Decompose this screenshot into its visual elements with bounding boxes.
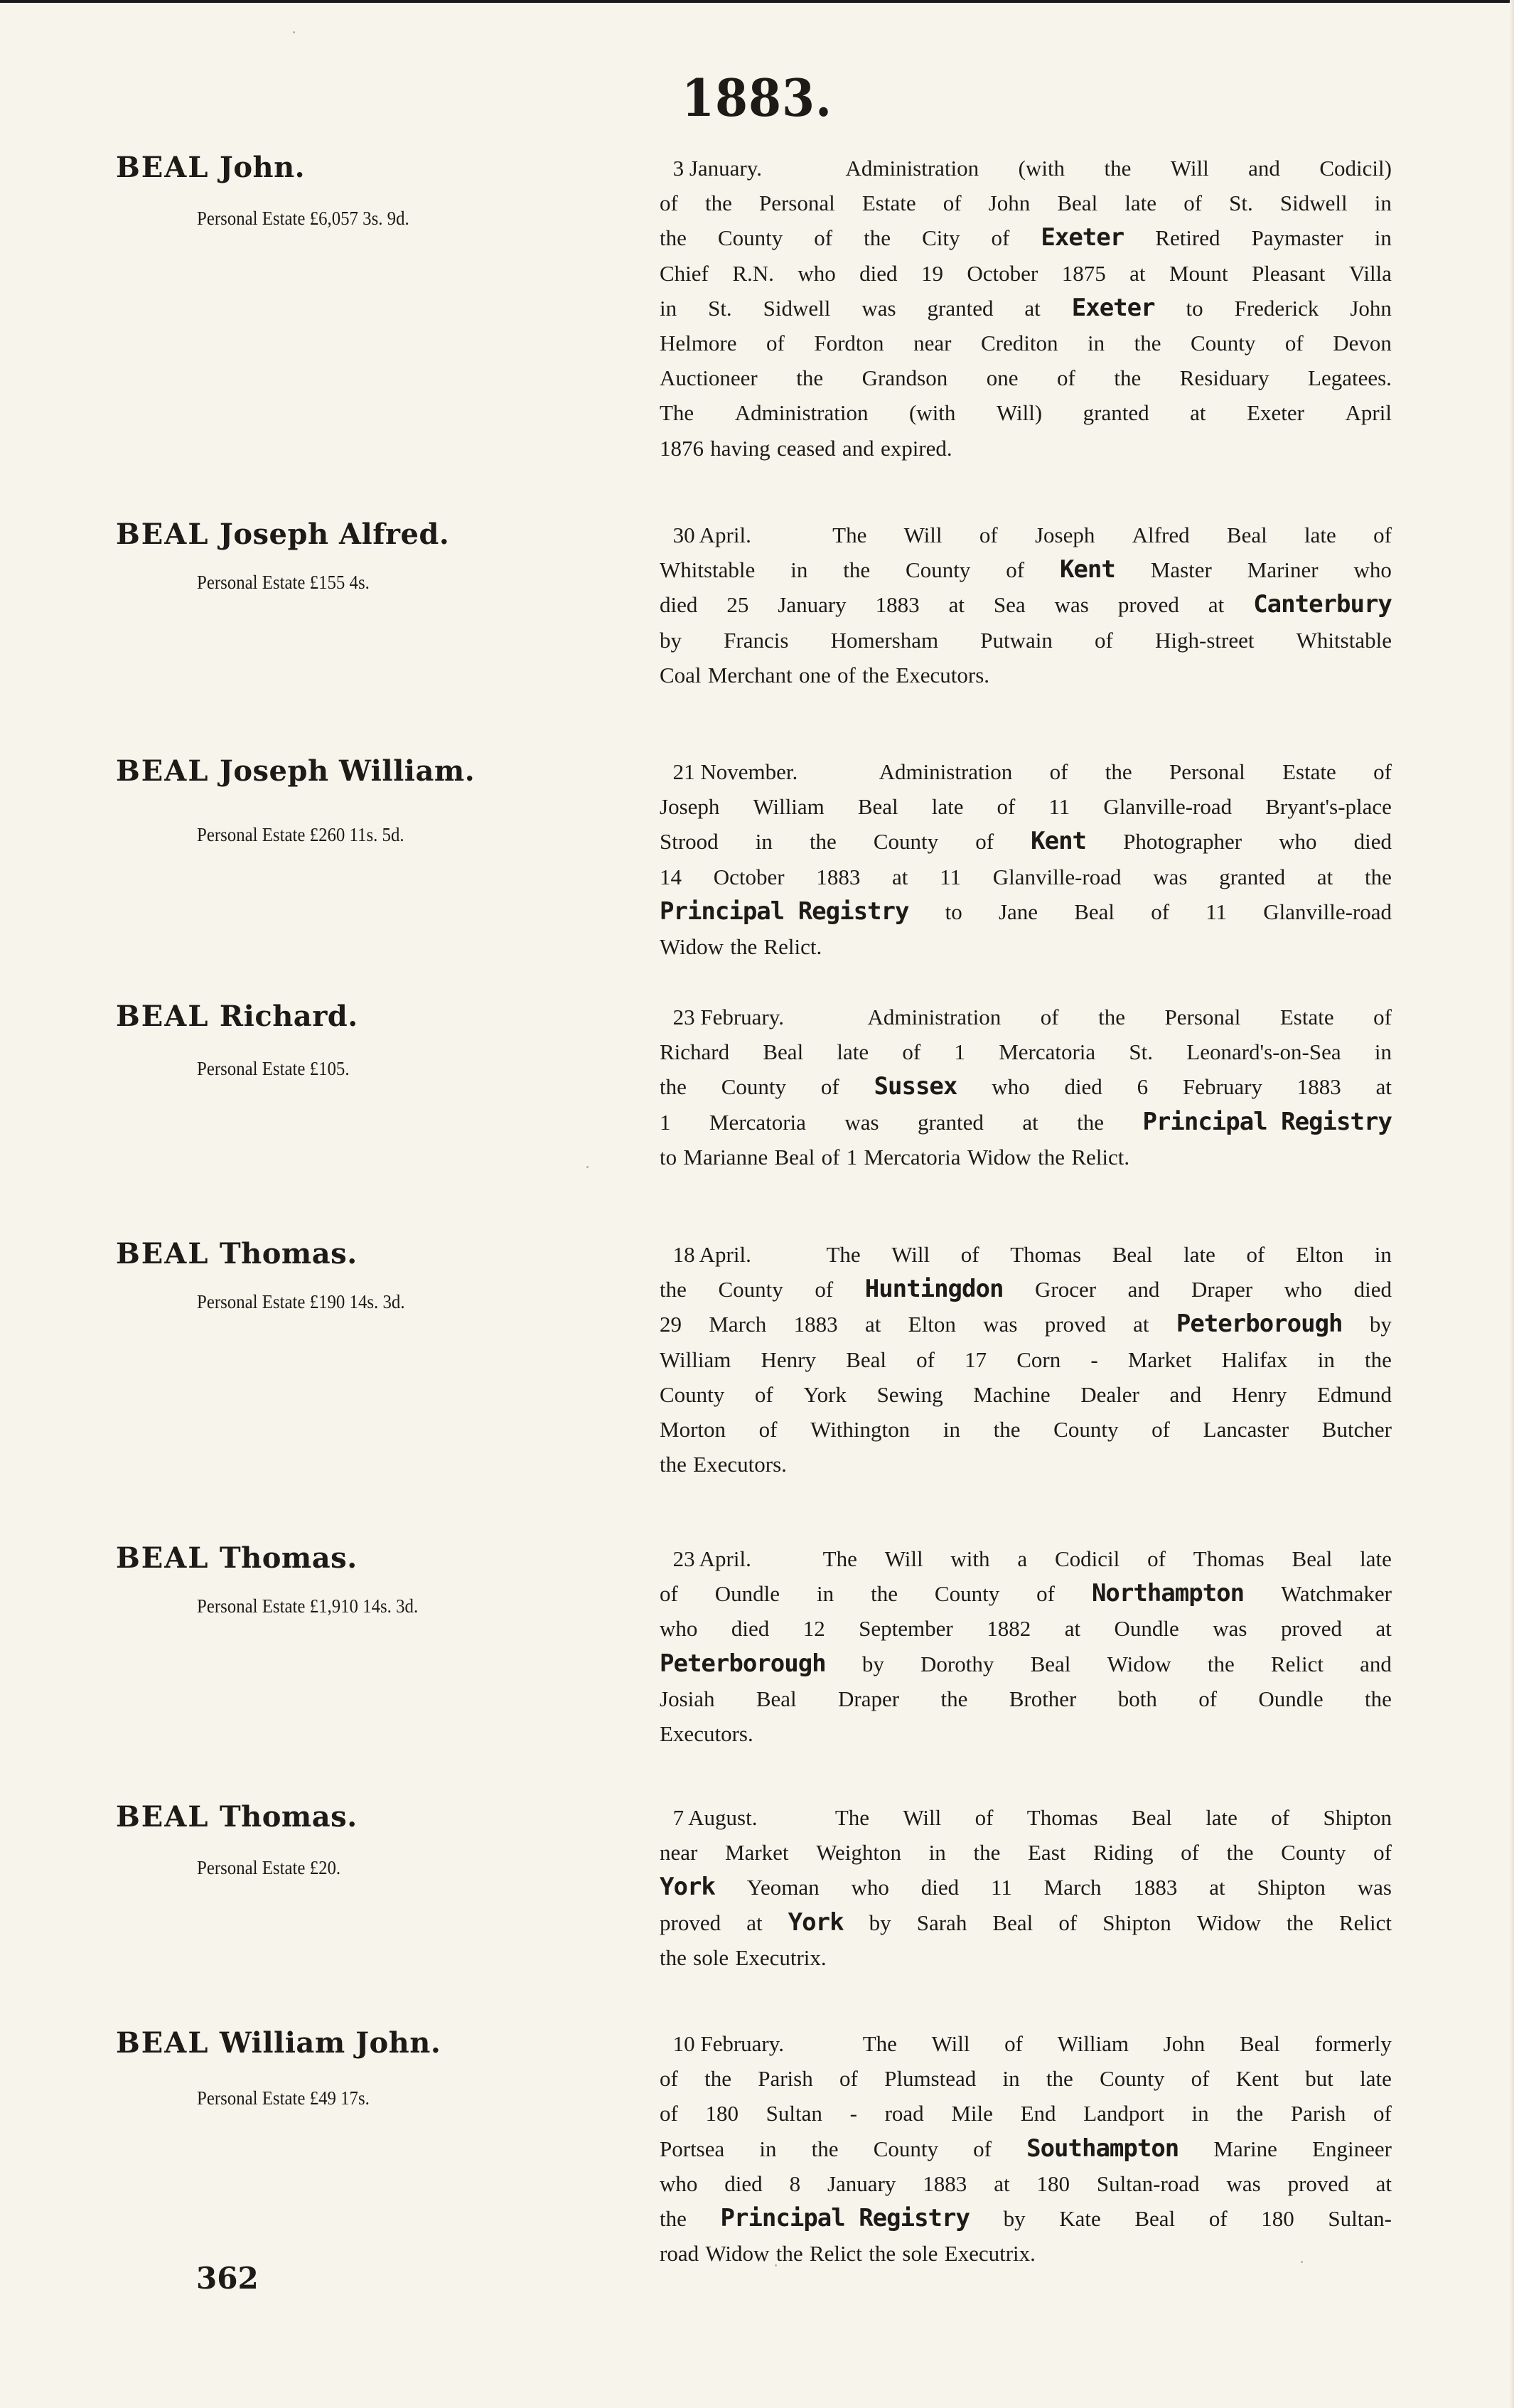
word: Chief	[660, 256, 709, 291]
grant-text-line: ofthePersonalEstateofJohnBeallateofSt.Si…	[660, 186, 1392, 220]
grant-text-line: TheAdministration(withWill)grantedatExet…	[660, 395, 1392, 430]
word: in	[759, 2131, 776, 2166]
word: was	[1213, 1611, 1247, 1646]
word: Beal	[1134, 2201, 1175, 2236]
grant-text: 30 April.TheWillofJosephAlfredBeallateof…	[660, 518, 1392, 692]
word: Residuary	[1180, 360, 1269, 395]
word: Kent	[1236, 2061, 1279, 2096]
word: of	[1036, 1576, 1055, 1611]
word: William	[660, 1342, 731, 1377]
word: Master	[1151, 552, 1212, 587]
deceased-name: BEAL Thomas.	[116, 1800, 358, 1834]
grant-text: 7 August.TheWillofThomasBeallateofShipto…	[660, 1800, 1392, 1975]
word: (with	[1019, 151, 1065, 186]
place-name: Huntingdon	[865, 1272, 1004, 1307]
word: County	[935, 1576, 999, 1611]
word: 1882	[987, 1611, 1031, 1646]
word: High-street	[1155, 623, 1254, 658]
grant-text-line: thePrincipal RegistrybyKateBealof180Sult…	[660, 2201, 1392, 2236]
word: the	[1287, 1905, 1314, 1940]
word: in	[1088, 326, 1105, 360]
word: granted	[1219, 860, 1285, 894]
word: the	[1227, 1835, 1254, 1870]
word: late	[1183, 1237, 1215, 1272]
word: having	[710, 431, 770, 466]
word: the	[994, 1412, 1021, 1447]
word: Parish	[1291, 2096, 1346, 2131]
grant-date: 3 January.	[660, 151, 762, 186]
word: Shipton	[1257, 1870, 1325, 1905]
word: City	[922, 220, 960, 255]
word: County	[1281, 1835, 1346, 1870]
word: of	[1191, 2061, 1210, 2096]
word: at	[994, 2166, 1009, 2201]
word: Beal	[1112, 1237, 1153, 1272]
word: the	[871, 1576, 898, 1611]
word: at	[1129, 256, 1145, 291]
word: proved	[660, 1905, 721, 1940]
word: late	[1206, 1800, 1237, 1835]
word: Relict.	[1071, 1140, 1129, 1174]
word: The	[826, 1237, 860, 1272]
word: The	[823, 1541, 857, 1576]
word: Beal	[992, 1905, 1033, 1940]
word: Mercatoria	[999, 1034, 1095, 1069]
word: the	[776, 2236, 803, 2271]
word: to	[660, 1140, 677, 1174]
word: the	[660, 1069, 687, 1104]
forenames: Thomas.	[220, 1800, 358, 1834]
grant-date: 30 April.	[660, 518, 751, 552]
word: the	[660, 1940, 687, 1975]
word: Corn	[1016, 1342, 1061, 1377]
word: October	[714, 860, 785, 894]
word: Devon	[1333, 326, 1392, 360]
word: the	[660, 1447, 687, 1482]
place-name: Exeter	[1072, 291, 1155, 326]
word: 1	[847, 1140, 858, 1174]
word: Oundle	[715, 1576, 780, 1611]
word: of	[660, 1576, 678, 1611]
word: the	[1236, 2096, 1263, 2131]
word: died	[921, 1870, 959, 1905]
word: Mount	[1169, 256, 1228, 291]
word: the	[1098, 1000, 1125, 1034]
place-name: Sussex	[874, 1069, 957, 1104]
word: died	[660, 587, 697, 622]
word: expired.	[881, 431, 952, 466]
word: Helmore	[660, 326, 736, 360]
grant-text-line: roadWidowtheRelictthesoleExecutrix.	[660, 2236, 1392, 2271]
place-name: Principal Registry	[721, 2201, 970, 2236]
word: who	[852, 1870, 889, 1905]
deceased-name: BEAL Richard.	[116, 1000, 358, 1033]
word: Executors.	[660, 1716, 753, 1751]
word: died	[724, 2166, 762, 2201]
word: 8	[790, 2166, 801, 2201]
word: in	[660, 291, 677, 326]
word: died	[859, 256, 897, 291]
grant-text: 18 April.TheWillofThomasBeallateofEltoni…	[660, 1237, 1392, 1482]
word: Joseph	[660, 789, 719, 824]
surname: BEAL	[116, 1237, 209, 1270]
word: January	[827, 2166, 896, 2201]
word: Villa	[1349, 256, 1392, 291]
grant-text-line: 30 April.TheWillofJosephAlfredBeallateof	[660, 518, 1392, 552]
word: Pleasant	[1252, 256, 1325, 291]
word: Relict	[810, 2236, 862, 2271]
grant-text-line: 3 January.Administration(withtheWillandC…	[660, 151, 1392, 186]
word: to	[1186, 291, 1203, 326]
word: Yeoman	[747, 1870, 820, 1905]
word: 1883	[923, 2166, 967, 2201]
word: Francis	[724, 623, 788, 658]
page-number: 362	[196, 2261, 259, 2296]
word: Estate	[1280, 1000, 1334, 1034]
word: late	[1360, 2061, 1392, 2096]
word: the	[1365, 1342, 1392, 1377]
word: of	[1151, 894, 1169, 929]
grant-text: 3 January.Administration(withtheWillandC…	[660, 151, 1392, 466]
place-name: Northampton	[1092, 1576, 1244, 1611]
scan-top-border	[0, 0, 1514, 3]
word: Administration	[879, 754, 1013, 789]
word: Estate	[1282, 754, 1336, 789]
paper-speck	[1301, 2261, 1303, 2263]
word: who	[1279, 824, 1316, 859]
surname: BEAL	[116, 1541, 209, 1575]
word: October	[967, 256, 1038, 291]
word: the	[1114, 360, 1141, 395]
word: granted	[918, 1105, 984, 1140]
word: Frederick	[1235, 291, 1319, 326]
grant-text-line: 10 February.TheWillofWilliamJohnBealform…	[660, 2026, 1392, 2061]
word: Beal	[1132, 1800, 1172, 1835]
word: the	[869, 2236, 896, 2271]
word: and	[842, 431, 874, 466]
word: 1883	[816, 860, 860, 894]
word: Merchant	[708, 658, 793, 692]
word: East	[1028, 1835, 1065, 1870]
personal-estate-value: Personal Estate £20.	[197, 1857, 340, 1879]
grant-text-line: whodied12September1882atOundlewasproveda…	[660, 1611, 1392, 1646]
grant-text-line: inSt.SidwellwasgrantedatExetertoFrederic…	[660, 291, 1392, 326]
word: at	[1209, 1870, 1225, 1905]
word: 1883	[794, 1307, 838, 1342]
word: County	[1053, 1412, 1118, 1447]
word: John	[989, 186, 1031, 220]
word: Beal	[1031, 1647, 1071, 1681]
word: Thomas	[1010, 1237, 1081, 1272]
word: the	[660, 2201, 687, 2236]
word: and	[1360, 1647, 1392, 1681]
word: by	[1004, 2201, 1026, 2236]
word: Widow	[967, 1140, 1031, 1174]
word: Photographer	[1123, 824, 1242, 859]
word: the	[973, 1835, 1000, 1870]
grant-text-line: toMarianneBealof1MercatoriaWidowtheRelic…	[660, 1140, 1392, 1174]
word: of	[1183, 186, 1202, 220]
word: Dealer	[1080, 1377, 1139, 1412]
word: at	[949, 587, 965, 622]
grant-text-line: WhitstableintheCountyofKentMasterMariner…	[660, 552, 1392, 587]
grant-date: 10 February.	[660, 2026, 784, 2061]
personal-estate-value: Personal Estate £1,910 14s. 3d.	[197, 1595, 418, 1617]
word: of	[902, 1034, 920, 1069]
grant-text-line: StroodintheCountyofKentPhotographerwhodi…	[660, 824, 1392, 859]
forenames: John.	[220, 151, 305, 184]
word: Morton	[660, 1412, 726, 1447]
word: Plumstead	[884, 2061, 976, 2096]
grant-text-line: CountyofYorkSewingMachineDealerandHenryE…	[660, 1377, 1392, 1412]
word: of	[997, 789, 1016, 824]
word: proved	[1045, 1307, 1106, 1342]
grant-text-line: 18 April.TheWillofThomasBeallateofEltoni…	[660, 1237, 1392, 1272]
word: Retired	[1155, 220, 1220, 255]
word: Leonard's-on-Sea	[1186, 1034, 1341, 1069]
word: 1875	[1062, 256, 1106, 291]
word: of	[943, 186, 962, 220]
word: who	[660, 2166, 697, 2201]
word: County	[660, 1377, 724, 1412]
word: Portsea	[660, 2131, 724, 2166]
word: Butcher	[1322, 1412, 1392, 1447]
word: died	[1064, 1069, 1102, 1104]
word: at	[892, 860, 908, 894]
word: died	[1354, 824, 1392, 859]
word: County	[874, 2131, 938, 2166]
word: the	[1046, 2061, 1073, 2096]
word: died	[1354, 1272, 1392, 1307]
word: Exeter	[1247, 395, 1304, 430]
word: of	[1285, 326, 1304, 360]
word: Putwain	[980, 623, 1053, 658]
word: March	[709, 1307, 766, 1342]
word: Beal	[1240, 2026, 1280, 2061]
word: Sultan-road	[1097, 2166, 1200, 2201]
grant-text-line: theExecutors.	[660, 1447, 1392, 1482]
word: Thomas	[1193, 1541, 1265, 1576]
forenames: Joseph Alfred.	[220, 518, 449, 551]
word: the	[1365, 1681, 1392, 1716]
grant-text-line: ChiefR.N.whodied19October1875atMountPlea…	[660, 256, 1392, 291]
forenames: Joseph William.	[220, 754, 475, 788]
personal-estate-value: Personal Estate £260 11s. 5d.	[197, 824, 404, 846]
word: Administration	[868, 1000, 1002, 1034]
word: 1	[954, 1034, 965, 1069]
word: proved	[1288, 2166, 1349, 2201]
grant-text-line: 1MercatoriawasgrantedatthePrincipal Regi…	[660, 1105, 1392, 1140]
word: Glanville-road	[993, 860, 1122, 894]
word: St.	[1229, 186, 1253, 220]
word: at	[1376, 1069, 1392, 1104]
word: Will)	[997, 395, 1042, 430]
word: of	[1271, 1800, 1289, 1835]
word: the	[1365, 860, 1392, 894]
word: near	[913, 326, 951, 360]
word: Elton	[1296, 1237, 1343, 1272]
word: who	[798, 256, 835, 291]
word: St.	[708, 291, 732, 326]
word: Administration	[735, 395, 869, 430]
word: of	[1057, 360, 1075, 395]
word: the	[1077, 1105, 1104, 1140]
grant-text-line: HelmoreofFordtonnearCreditonintheCountyo…	[660, 326, 1392, 360]
word: Widow	[660, 929, 724, 964]
grant-date: 7 August.	[660, 1800, 757, 1835]
word: in	[1375, 1237, 1392, 1272]
word: late	[1124, 186, 1156, 220]
word: Relict.	[764, 929, 822, 964]
deceased-name: BEAL John.	[116, 151, 305, 184]
word: Lancaster	[1203, 1412, 1289, 1447]
word: at	[1024, 291, 1040, 326]
grant-text-line: theCountyoftheCityofExeterRetiredPaymast…	[660, 220, 1392, 255]
word: late	[1304, 518, 1336, 552]
paper-speck	[775, 2264, 777, 2267]
word: 11	[991, 1870, 1012, 1905]
grant-text-line: 29March1883atEltonwasprovedatPeterboroug…	[660, 1307, 1392, 1342]
word: late	[932, 789, 964, 824]
word: Josiah	[660, 1681, 715, 1716]
word: of	[766, 326, 785, 360]
word: Crediton	[981, 326, 1058, 360]
word: at	[746, 1905, 762, 1940]
word: Bryant's-place	[1265, 789, 1392, 824]
word: in	[929, 1835, 946, 1870]
word: the	[810, 824, 837, 859]
word: by	[660, 623, 682, 658]
word: Legatees.	[1308, 360, 1392, 395]
word: and	[1248, 151, 1280, 186]
word: sole	[902, 2236, 938, 2271]
word: County	[721, 1069, 786, 1104]
grant-text-line: Principal RegistrytoJaneBealof11Glanvill…	[660, 894, 1392, 929]
word: Will	[885, 1541, 923, 1576]
word: at	[1376, 1611, 1392, 1646]
word: the	[1105, 754, 1132, 789]
word: Will	[932, 2026, 970, 2061]
word: Kate	[1059, 2201, 1101, 2236]
word: of	[1004, 2026, 1023, 2061]
word: The	[835, 1800, 869, 1835]
grant-text-line: 21 November.AdministrationofthePersonalE…	[660, 754, 1392, 789]
word: Relict	[1271, 1647, 1324, 1681]
word: Mercatoria	[709, 1105, 806, 1140]
deceased-name: BEAL Thomas.	[116, 1541, 358, 1575]
word: the	[1208, 1647, 1235, 1681]
grant-date: 23 April.	[660, 1541, 751, 1576]
word: Beal	[763, 1034, 803, 1069]
grant-text-line: of180Sultan-roadMileEndLandportinthePari…	[660, 2096, 1392, 2131]
word: of	[1373, 2096, 1392, 2131]
grant-text-line: ofOundleintheCountyofNorthamptonWatchmak…	[660, 1576, 1392, 1611]
grant-text-line: MortonofWithingtonintheCountyofLancaster…	[660, 1412, 1392, 1447]
word: Weighton	[816, 1835, 901, 1870]
word: Beal	[756, 1681, 797, 1716]
word: 1883	[876, 587, 920, 622]
word: Oundle	[1115, 1611, 1179, 1646]
word: 180	[706, 2096, 739, 2131]
word: at	[1022, 1105, 1038, 1140]
word: Market	[1128, 1342, 1192, 1377]
word: Sarah	[917, 1905, 967, 1940]
word: Beal	[775, 1140, 815, 1174]
grant-text-line: 7 August.TheWillofThomasBeallateofShipto…	[660, 1800, 1392, 1835]
word: 11	[1048, 789, 1070, 824]
word: of	[1373, 518, 1392, 552]
word: of	[815, 1272, 833, 1307]
word: was	[844, 1105, 879, 1140]
word: Watchmaker	[1281, 1576, 1392, 1611]
word: Parish	[758, 2061, 813, 2096]
word: of	[1050, 754, 1068, 789]
word: County	[906, 552, 970, 587]
word: by	[862, 1647, 884, 1681]
word: Will	[903, 1800, 941, 1835]
word: The	[832, 518, 866, 552]
word: of	[1147, 1541, 1166, 1576]
grant-text: 21 November.AdministrationofthePersonalE…	[660, 754, 1392, 964]
word: York	[803, 1377, 847, 1412]
word: was	[1226, 2166, 1260, 2201]
word: proved	[1118, 587, 1179, 622]
word: 1883	[1133, 1870, 1177, 1905]
word: who	[992, 1069, 1029, 1104]
word: died	[731, 1611, 769, 1646]
word: late	[837, 1034, 869, 1069]
word: of	[822, 1140, 840, 1174]
word: Executrix.	[945, 2236, 1036, 2271]
personal-estate-value: Personal Estate £6,057 3s. 9d.	[197, 208, 409, 230]
grant-text-line: JosephWilliamBeallateof11Glanville-roadB…	[660, 789, 1392, 824]
grant-text-line: WilliamHenryBealof17Corn-MarketHalifaxin…	[660, 1342, 1392, 1377]
word: Withington	[810, 1412, 910, 1447]
word: of	[759, 1412, 778, 1447]
word: was	[861, 291, 896, 326]
word: Personal	[1169, 754, 1245, 789]
word: at	[1133, 1307, 1149, 1342]
word: of	[660, 2096, 678, 2131]
word: 11	[1206, 894, 1227, 929]
word: County	[1191, 326, 1255, 360]
word: of	[660, 2061, 678, 2096]
word: Henry	[761, 1342, 816, 1377]
word: Auctioneer	[660, 360, 758, 395]
word: Personal	[1165, 1000, 1241, 1034]
grant-text-line: oftheParishofPlumsteadintheCountyofKentb…	[660, 2061, 1392, 2096]
word: Alfred	[1132, 518, 1190, 552]
word: (with	[909, 395, 955, 430]
word: Beal	[1057, 186, 1097, 220]
word: William	[753, 789, 824, 824]
word: the	[843, 552, 870, 587]
grant-text-line: died25January1883atSeawasprovedatCanterb…	[660, 587, 1392, 622]
word: in	[1375, 220, 1392, 255]
word: Draper	[1191, 1272, 1252, 1307]
word: the	[864, 220, 891, 255]
surname: BEAL	[116, 1000, 209, 1033]
word: granted	[1083, 395, 1149, 430]
place-name: Principal Registry	[660, 894, 908, 929]
word: was	[1153, 860, 1187, 894]
word: of	[1151, 1412, 1170, 1447]
grant-text-line: CoalMerchantoneoftheExecutors.	[660, 658, 1392, 692]
word: in	[1003, 2061, 1020, 2096]
word: Dorothy	[920, 1647, 994, 1681]
grant-date: 18 April.	[660, 1237, 751, 1272]
word: of	[839, 2061, 858, 2096]
